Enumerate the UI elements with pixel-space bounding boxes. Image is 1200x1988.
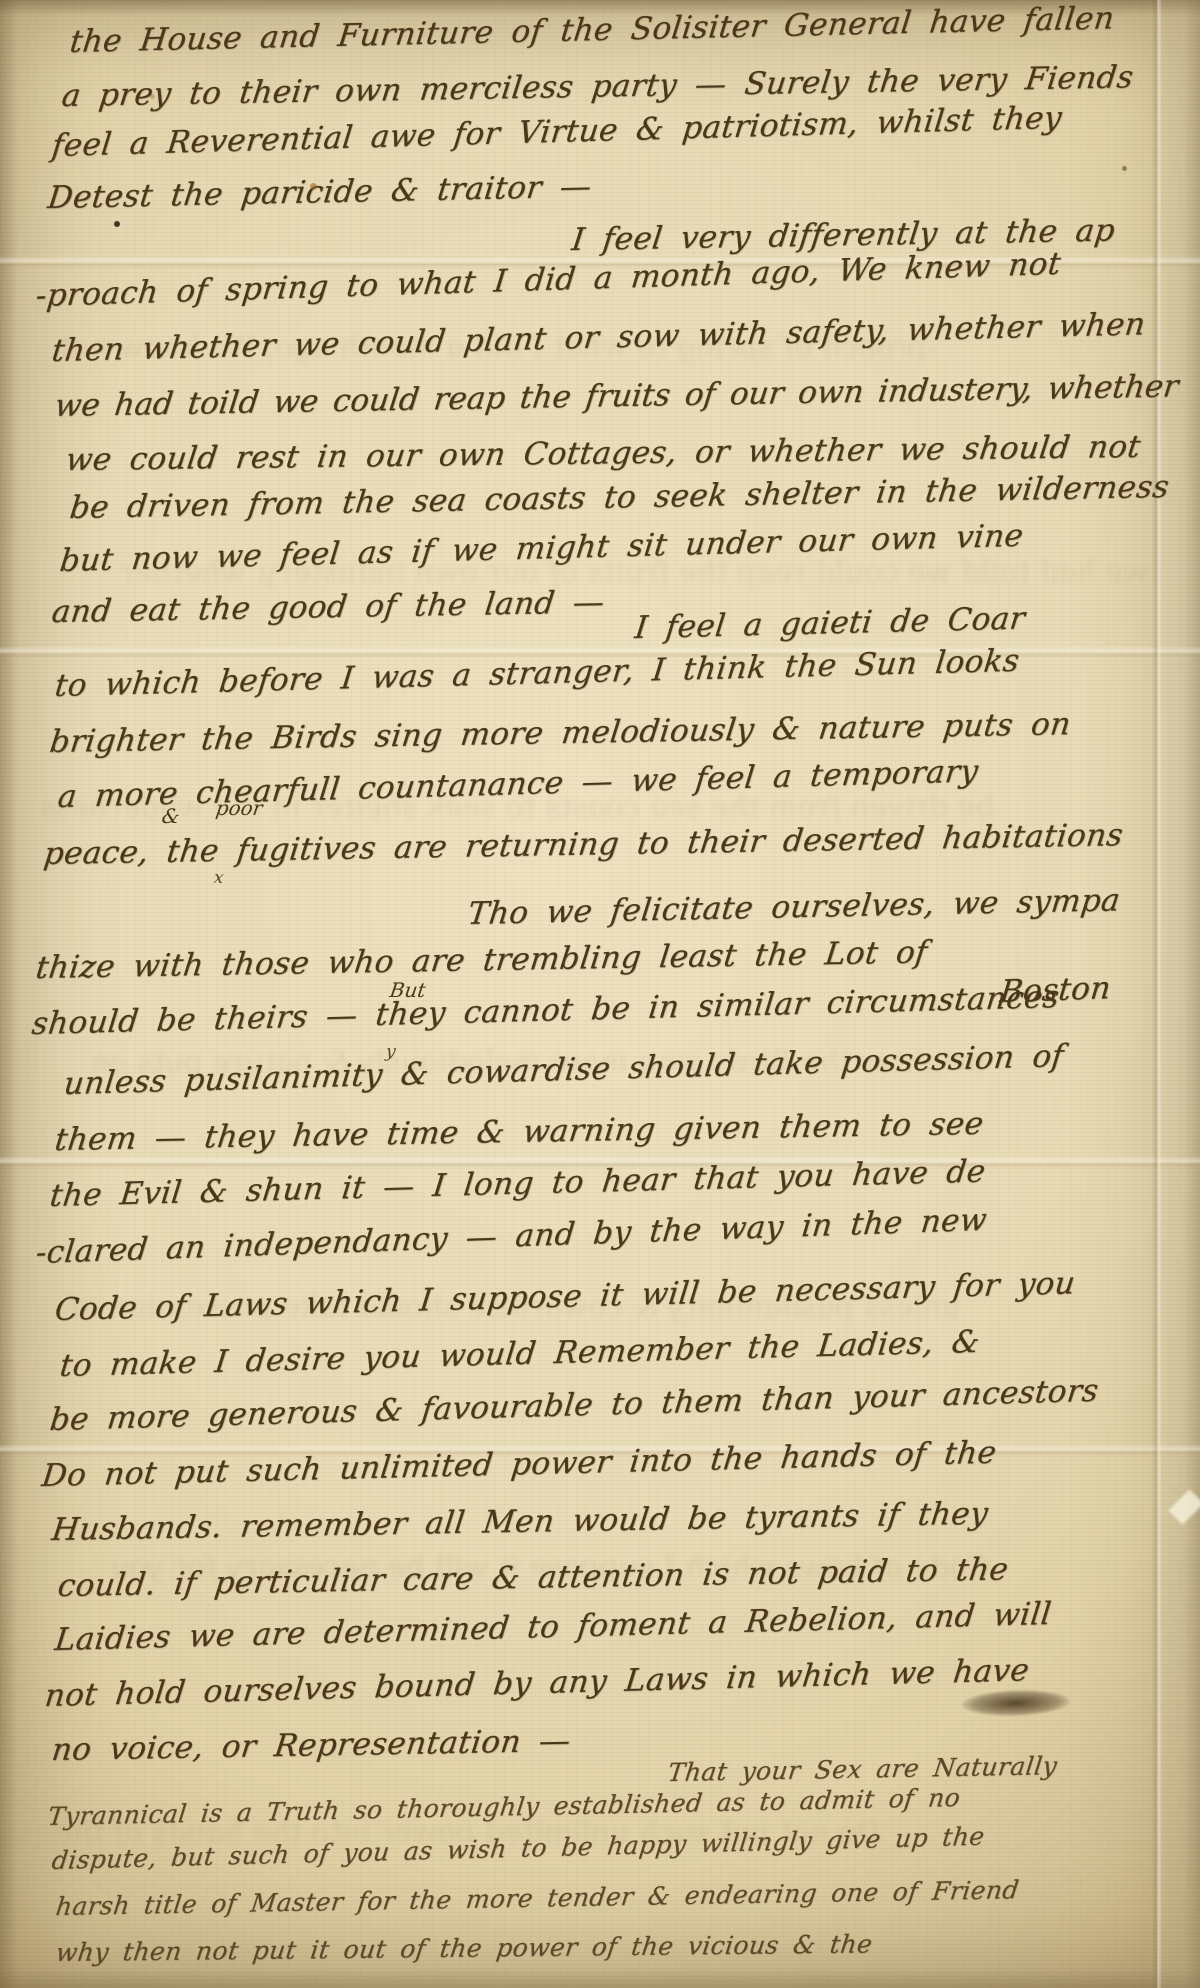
- manuscript-line: I feel a gaieti de Coar: [633, 600, 1027, 646]
- manuscript-line: peace, the fugitives are returning to th…: [42, 817, 1125, 872]
- manuscript-line: to make I desire you would Remember the …: [58, 1324, 982, 1384]
- manuscript-line: them — they have time & warning given th…: [53, 1106, 986, 1158]
- manuscript-line: we had toild we could reap the fruits of…: [53, 368, 1181, 424]
- manuscript-page: -proach of spring to what I did a month …: [0, 0, 1200, 1988]
- manuscript-line: the House and Furniture of the Solisiter…: [68, 0, 1117, 60]
- manuscript-line: brighter the Birds sing more melodiously…: [48, 706, 1073, 760]
- fold-crease-vertical: [1152, 0, 1162, 1988]
- manuscript-line: That your Sex are Naturally: [666, 1751, 1059, 1787]
- stain-spot: [114, 221, 120, 227]
- manuscript-line: -clared an independancy — and by the way…: [34, 1202, 989, 1271]
- paper-flaw: [1168, 1489, 1200, 1524]
- stain-spot: [1122, 166, 1127, 171]
- manuscript-line: Husbands. remember all Men would be tyra…: [50, 1496, 990, 1548]
- manuscript-line: the Evil & shun it — I long to hear that…: [48, 1153, 988, 1214]
- manuscript-line: be more generous & favourable to them th…: [48, 1373, 1101, 1438]
- caret-mark: x: [213, 868, 225, 888]
- paper-edge-strip: [1160, 0, 1200, 1988]
- manuscript-line: Laidies we are determined to foment a Re…: [53, 1596, 1053, 1658]
- interlinear-insertion: But: [388, 978, 427, 1002]
- ink-smudge: [962, 1688, 1071, 1718]
- stain-spot: [150, 94, 155, 99]
- manuscript-line: no voice, or Representation —: [50, 1723, 573, 1768]
- manuscript-line: not hold ourselves bound by any Laws in …: [43, 1652, 1031, 1714]
- manuscript-line: why then not put it out of the power of …: [54, 1929, 874, 1967]
- stain-spot: [310, 183, 317, 190]
- manuscript-line: Detest the paricide & traitor —: [46, 169, 594, 216]
- manuscript-line: should be theirs — they cannot be in sim…: [30, 979, 1061, 1042]
- manuscript-line: and eat the good of the land —: [50, 584, 607, 630]
- manuscript-line: Do not put such unlimited power into the…: [40, 1435, 998, 1494]
- manuscript-line: thize with those who are trembling least…: [34, 934, 930, 986]
- manuscript-line: -proach of spring to what I did a month …: [34, 246, 1063, 314]
- manuscript-line: we could rest in our own Cottages, or wh…: [64, 429, 1143, 478]
- manuscript-line: to which before I was a stranger, I thin…: [53, 643, 1021, 704]
- manuscript-line: harsh title of Master for the more tende…: [54, 1875, 1021, 1921]
- interlinear-insertion: poor: [214, 796, 264, 820]
- interlinear-insertion: &: [160, 804, 181, 828]
- manuscript-line: Tho we felicitate ourselves, we sympa: [466, 882, 1122, 932]
